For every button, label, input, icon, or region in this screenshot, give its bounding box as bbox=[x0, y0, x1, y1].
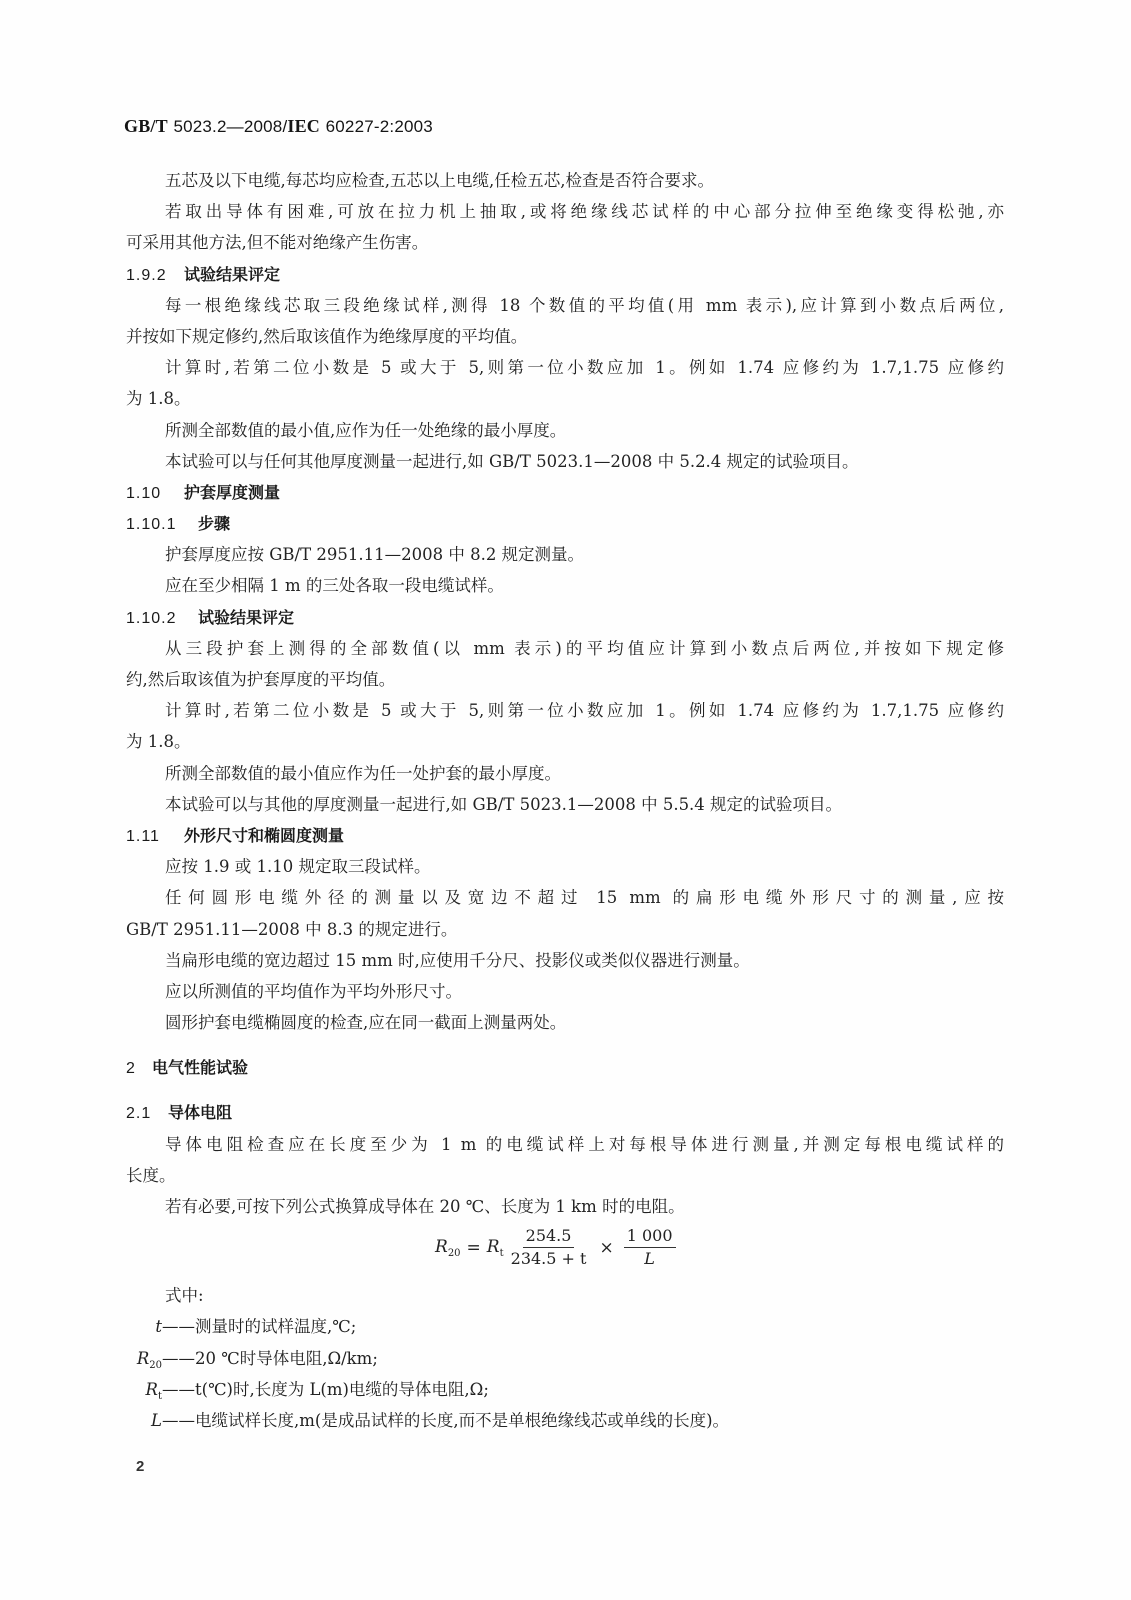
section-heading-1-10-2: 1.10.2试验结果评定 bbox=[126, 602, 1004, 633]
section-number: 1.11 bbox=[126, 821, 172, 852]
document-body: 五芯及以下电缆,每芯均应检查,五芯以上电缆,任检五芯,检查是否符合要求。 若取出… bbox=[126, 165, 1004, 1436]
paragraph: 若取出导体有困难,可放在拉力机上抽取,或将绝缘线芯试样的中心部分拉伸至绝缘变得松… bbox=[126, 196, 1004, 227]
section-heading-1-10: 1.10护套厚度测量 bbox=[126, 477, 1004, 508]
section-title: 外形尺寸和椭圆度测量 bbox=[184, 826, 344, 845]
std-number: 5023.2—2008/ bbox=[173, 117, 287, 136]
paragraph: 五芯及以下电缆,每芯均应检查,五芯以上电缆,任检五芯,检查是否符合要求。 bbox=[126, 165, 1004, 196]
section-heading-2: 2电气性能试验 bbox=[126, 1052, 1004, 1083]
paragraph: 圆形护套电缆椭圆度的检查,应在同一截面上测量两处。 bbox=[126, 1007, 1004, 1038]
section-title: 步骤 bbox=[198, 514, 230, 533]
paragraph: 本试验可以与任何其他厚度测量一起进行,如 GB/T 5023.1—2008 中 … bbox=[126, 446, 1004, 477]
paragraph-continuation: 长度。 bbox=[126, 1160, 1004, 1191]
definition-r20: R20——20 ℃时导体电阻,Ω/km; bbox=[126, 1343, 1004, 1374]
paragraph-continuation: 并按如下规定修约,然后取该值作为绝缘厚度的平均值。 bbox=[126, 321, 1004, 352]
paragraph-continuation: 可采用其他方法,但不能对绝缘产生伤害。 bbox=[126, 227, 1004, 258]
formula-equals: = bbox=[467, 1238, 481, 1258]
formula-fraction-length: 1 000 L bbox=[624, 1226, 676, 1269]
paragraph-continuation: GB/T 2951.11—2008 中 8.3 的规定进行。 bbox=[126, 914, 1004, 945]
paragraph: 每一根绝缘线芯取三段绝缘试样,测得 18 个数值的平均值(用 mm 表示),应计… bbox=[126, 290, 1004, 321]
section-number: 1.10.1 bbox=[126, 509, 186, 540]
definition-l: L——电缆试样长度,m(是成品试样的长度,而不是单根绝缘线芯或单线的长度)。 bbox=[126, 1405, 1004, 1436]
paragraph: 应以所测值的平均值作为平均外形尺寸。 bbox=[126, 976, 1004, 1007]
section-title: 试验结果评定 bbox=[198, 608, 294, 627]
paragraph: 应按 1.9 或 1.10 规定取三段试样。 bbox=[126, 851, 1004, 882]
paragraph: 导体电阻检查应在长度至少为 1 m 的电缆试样上对每根导体进行测量,并测定每根电… bbox=[126, 1129, 1004, 1160]
symbol-definitions: t——测量时的试样温度,℃; R20——20 ℃时导体电阻,Ω/km; Rt——… bbox=[126, 1311, 1004, 1436]
page-number: 2 bbox=[136, 1458, 144, 1475]
paragraph: 所测全部数值的最小值应作为任一处护套的最小厚度。 bbox=[126, 758, 1004, 789]
formula-lhs: R20 bbox=[435, 1237, 461, 1259]
formula-fraction-temperature: 254.5 234.5 + t bbox=[508, 1226, 590, 1269]
definition-rt: Rt——t(℃)时,长度为 L(m)电缆的导体电阻,Ω; bbox=[126, 1374, 1004, 1405]
section-number: 1.10.2 bbox=[126, 603, 186, 634]
paragraph: 若有必要,可按下列公式换算成导体在 20 ℃、长度为 1 km 时的电阻。 bbox=[126, 1191, 1004, 1222]
paragraph: 本试验可以与其他的厚度测量一起进行,如 GB/T 5023.1—2008 中 5… bbox=[126, 789, 1004, 820]
paragraph: 应在至少相隔 1 m 的三处各取一段电缆试样。 bbox=[126, 570, 1004, 601]
paragraph: 当扁形电缆的宽边超过 15 mm 时,应使用千分尺、投影仪或类似仪器进行测量。 bbox=[126, 945, 1004, 976]
section-heading-1-9-2: 1.9.2试验结果评定 bbox=[126, 259, 1004, 290]
paragraph: 计算时,若第二位小数是 5 或大于 5,则第一位小数应加 1。例如 1.74 应… bbox=[126, 695, 1004, 726]
paragraph: 任何圆形电缆外径的测量以及宽边不超过 15 mm 的扁形电缆外形尺寸的测量,应按 bbox=[126, 882, 1004, 913]
section-number: 2 bbox=[126, 1053, 140, 1084]
paragraph: 计算时,若第二位小数是 5 或大于 5,则第一位小数应加 1。例如 1.74 应… bbox=[126, 352, 1004, 383]
spacer bbox=[126, 1083, 1004, 1097]
spacer bbox=[126, 1038, 1004, 1052]
iec-prefix: IEC bbox=[287, 116, 320, 136]
where-label: 式中: bbox=[126, 1280, 1004, 1311]
standard-header: GB/T 5023.2—2008/IEC 60227-2:2003 bbox=[124, 116, 433, 137]
section-number: 1.10 bbox=[126, 478, 172, 509]
paragraph-continuation: 约,然后取该值为护套厚度的平均值。 bbox=[126, 664, 1004, 695]
definition-t: t——测量时的试样温度,℃; bbox=[126, 1311, 1004, 1342]
section-number: 1.9.2 bbox=[126, 260, 172, 291]
formula-times: × bbox=[599, 1238, 613, 1258]
section-title: 护套厚度测量 bbox=[184, 483, 280, 502]
paragraph-continuation: 为 1.8。 bbox=[126, 383, 1004, 414]
iec-number: 60227-2:2003 bbox=[326, 117, 433, 136]
paragraph-continuation: 为 1.8。 bbox=[126, 726, 1004, 757]
document-page: GB/T 5023.2—2008/IEC 60227-2:2003 五芯及以下电… bbox=[0, 0, 1131, 1600]
section-heading-1-10-1: 1.10.1步骤 bbox=[126, 508, 1004, 539]
paragraph: 从三段护套上测得的全部数值(以 mm 表示)的平均值应计算到小数点后两位,并按如… bbox=[126, 633, 1004, 664]
resistance-formula: R20 = Rt 254.5 234.5 + t × 1 000 L bbox=[126, 1224, 1004, 1276]
section-title: 导体电阻 bbox=[168, 1103, 232, 1122]
section-number: 2.1 bbox=[126, 1098, 156, 1129]
section-title: 试验结果评定 bbox=[184, 265, 280, 284]
section-heading-1-11: 1.11外形尺寸和椭圆度测量 bbox=[126, 820, 1004, 851]
std-prefix: GB/T bbox=[124, 116, 168, 136]
section-title: 电气性能试验 bbox=[152, 1058, 248, 1077]
paragraph: 所测全部数值的最小值,应作为任一处绝缘的最小厚度。 bbox=[126, 415, 1004, 446]
formula-rt: Rt bbox=[487, 1237, 504, 1259]
paragraph: 护套厚度应按 GB/T 2951.11—2008 中 8.2 规定测量。 bbox=[126, 539, 1004, 570]
section-heading-2-1: 2.1导体电阻 bbox=[126, 1097, 1004, 1128]
